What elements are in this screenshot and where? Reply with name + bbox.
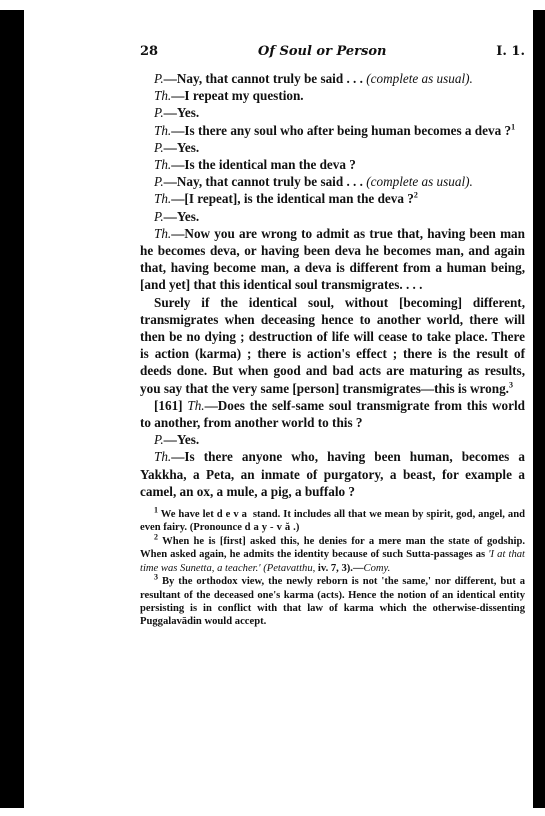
speaker-label: P. (154, 174, 164, 189)
book-page: 28 Of Soul or Person I. 1. P.—Nay, that … (140, 44, 525, 629)
paragraph: Th.—[I repeat], is the identical man the… (140, 190, 525, 207)
speaker-label: Th. (154, 226, 171, 241)
speaker-label: P. (154, 140, 164, 155)
running-header: 28 Of Soul or Person I. 1. (140, 44, 525, 64)
speaker-label: P. (154, 105, 164, 120)
footnote-1: 1 We have let deva stand. It includes al… (140, 508, 525, 535)
speaker-label: Th. (154, 157, 171, 172)
paragraph: Surely if the identical soul, without [b… (140, 294, 525, 397)
speaker-label: P. (154, 209, 164, 224)
main-text: P.—Nay, that cannot truly be said . . . … (140, 70, 525, 500)
speaker-label: P. (154, 432, 164, 447)
paragraph: P.—Yes. (140, 139, 525, 156)
footnotes: 1 We have let deva stand. It includes al… (140, 508, 525, 629)
scan-border-left (0, 10, 24, 808)
speaker-label: Th. (154, 123, 171, 138)
paragraph: Th.—Is there anyone who, having been hum… (140, 448, 525, 500)
section-number: I. 1. (496, 44, 525, 59)
paragraph: P.—Nay, that cannot truly be said . . . … (140, 173, 525, 190)
speaker-label: Th. (154, 88, 171, 103)
footnote-ref: 2 (414, 191, 418, 200)
footnote-3: 3 By the orthodox view, the newly reborn… (140, 575, 525, 629)
paragraph: Th.—I repeat my question. (140, 87, 525, 104)
paragraph: P.—Yes. (140, 208, 525, 225)
footnote-ref: 3 (509, 380, 513, 389)
paragraph-marker: [161] (154, 398, 187, 413)
paragraph: P.—Nay, that cannot truly be said . . . … (140, 70, 525, 87)
page-number: 28 (140, 44, 158, 59)
scan-border-right (533, 10, 545, 808)
speaker-label: Th. (187, 398, 204, 413)
paragraph: [161] Th.—Does the self-same soul transm… (140, 397, 525, 431)
speaker-label: Th. (154, 449, 171, 464)
paragraph: Th.—Is the identical man the deva ? (140, 156, 525, 173)
paragraph: Th.—Now you are wrong to admit as true t… (140, 225, 525, 294)
footnote-2: 2 When he is [first] asked this, he deni… (140, 535, 525, 575)
paragraph: P.—Yes. (140, 431, 525, 448)
running-title: Of Soul or Person (258, 44, 386, 59)
speaker-label: P. (154, 71, 164, 86)
paragraph: Th.—Is there any soul who after being hu… (140, 122, 525, 139)
speaker-label: Th. (154, 191, 171, 206)
paragraph: P.—Yes. (140, 104, 525, 121)
footnote-ref: 1 (511, 122, 515, 131)
